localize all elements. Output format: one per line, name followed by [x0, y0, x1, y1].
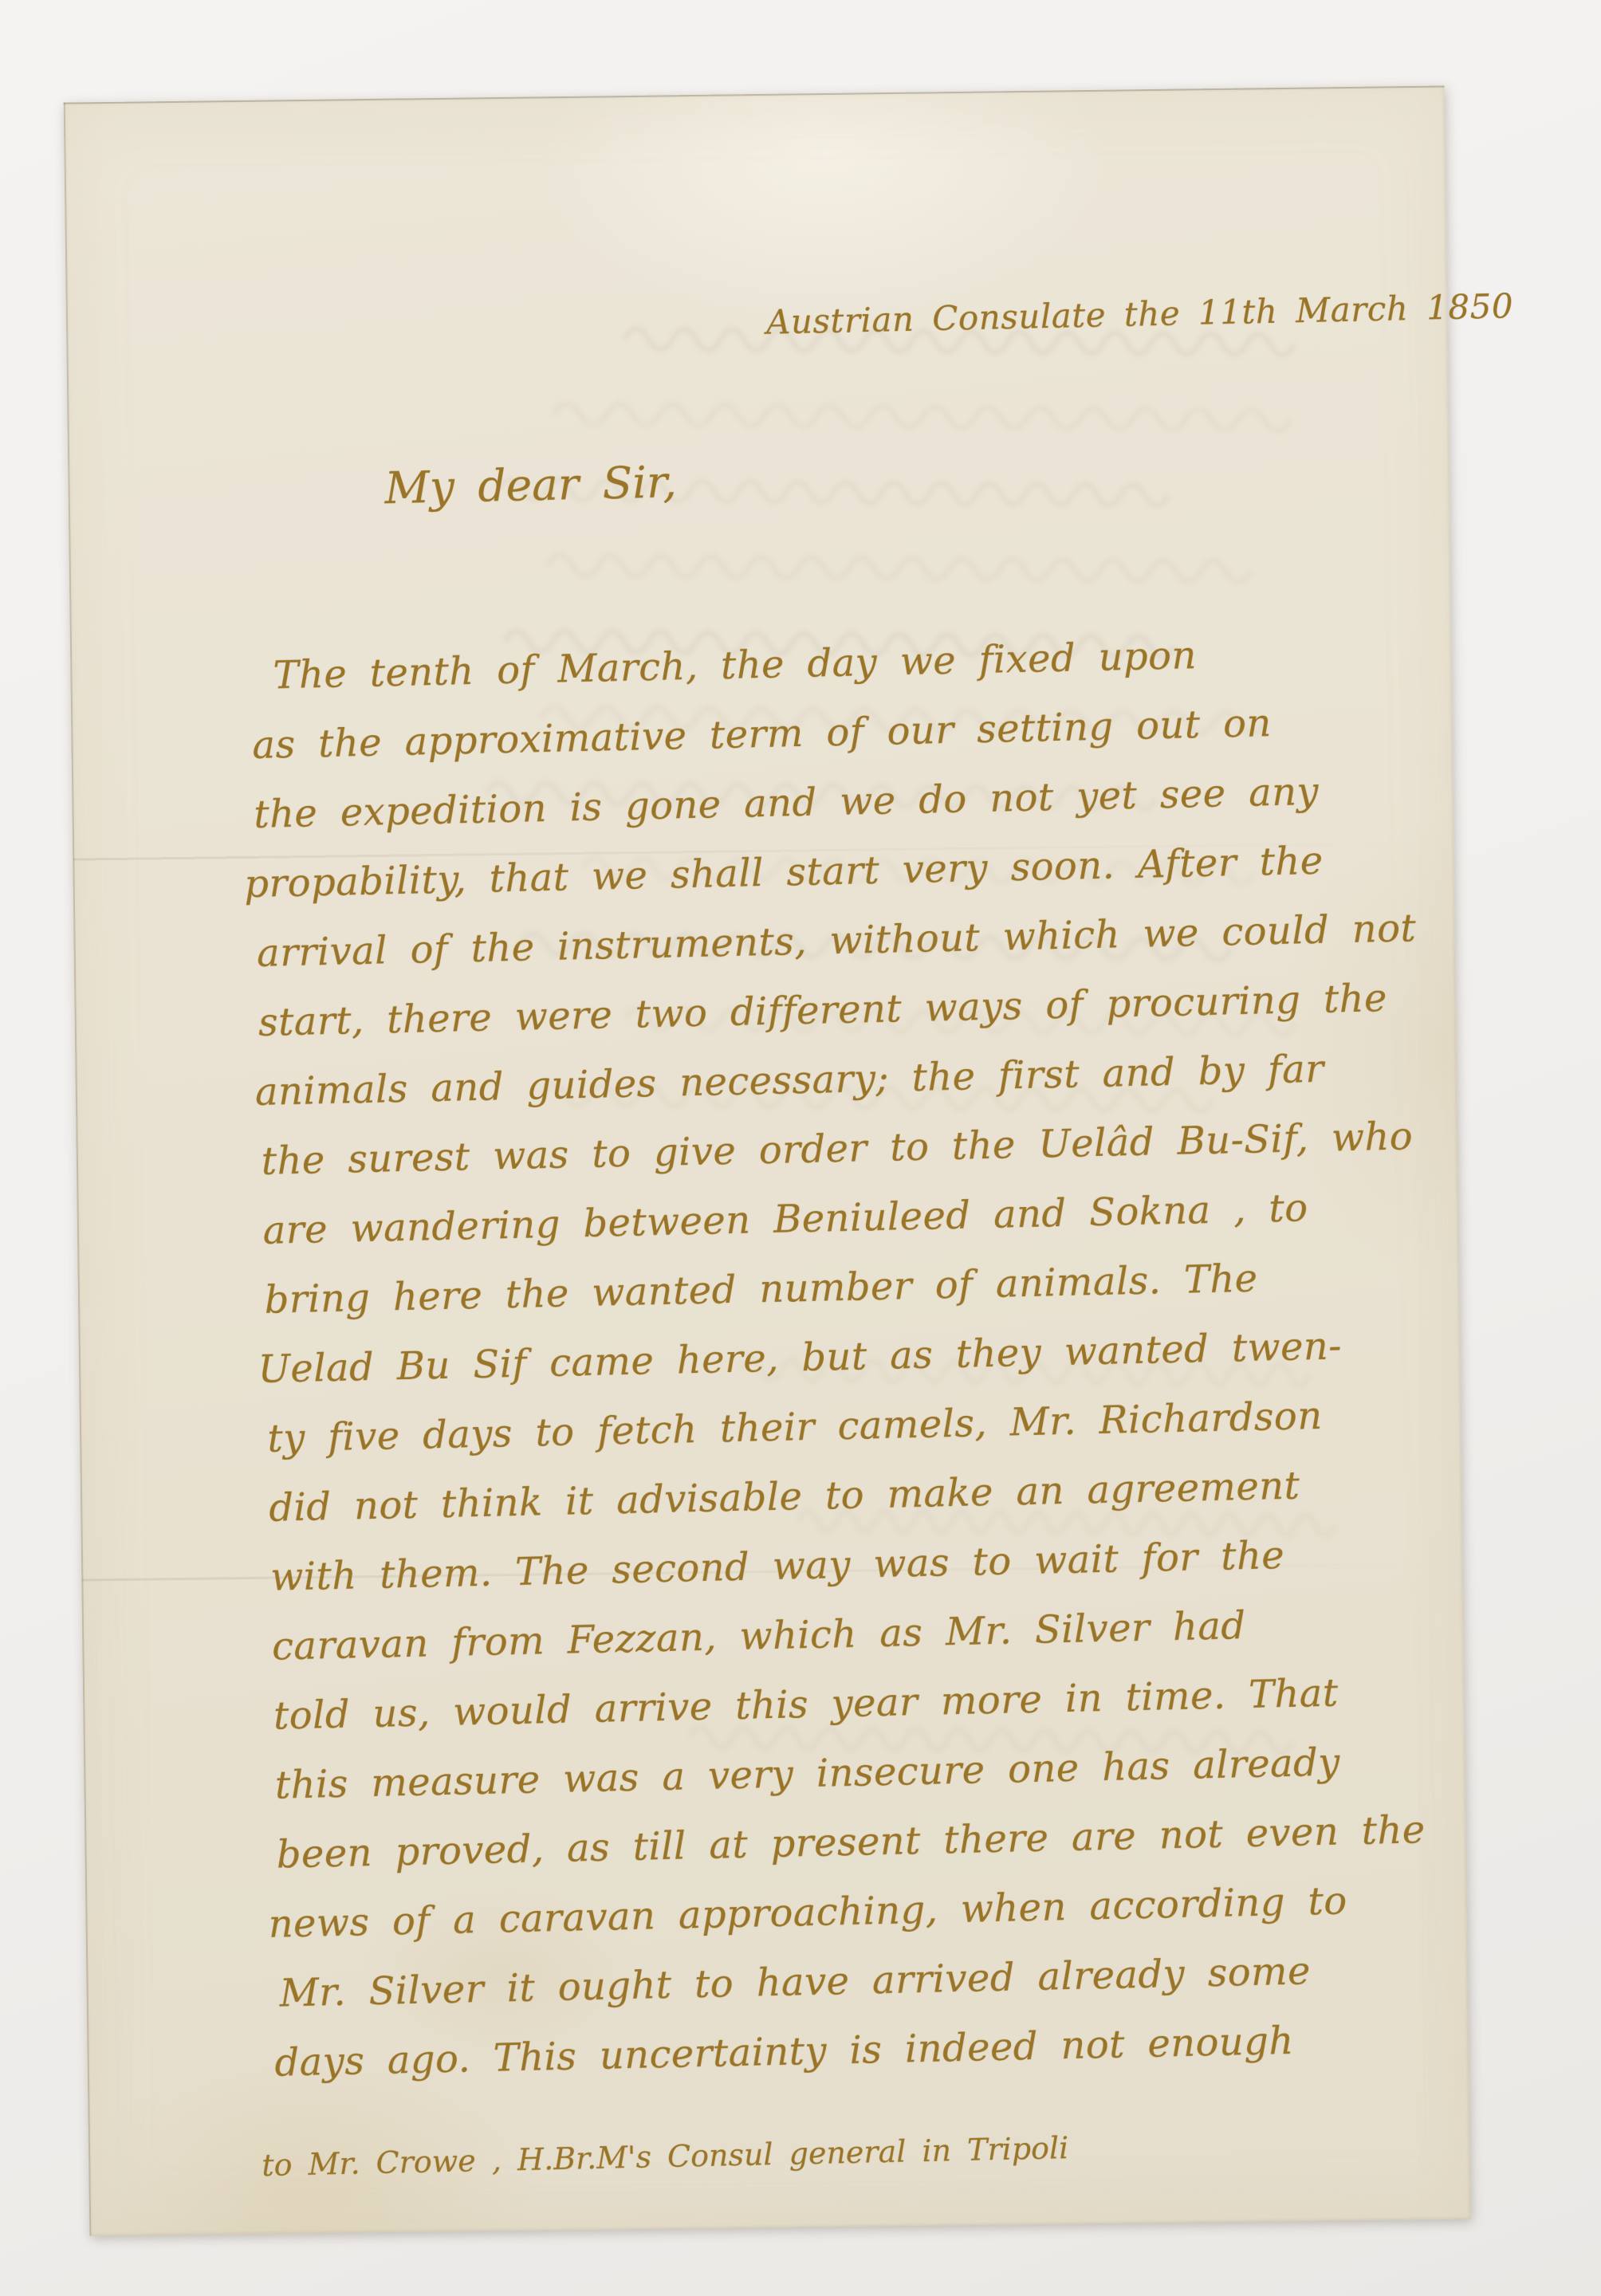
- addressee-footer: to Mr. Crowe , H.Br.M's Consul general i…: [262, 2130, 1069, 2183]
- salutation: My dear Sir,: [384, 456, 678, 513]
- letter-text: Austrian Consulate the 11th March 1850 M…: [53, 79, 1481, 2242]
- dateline: Austrian Consulate the 11th March 1850: [766, 286, 1514, 341]
- letter-body: The tenth of March, the day we fixed upo…: [250, 630, 1373, 2109]
- letter-sheet: Austrian Consulate the 11th March 1850 M…: [64, 86, 1471, 2236]
